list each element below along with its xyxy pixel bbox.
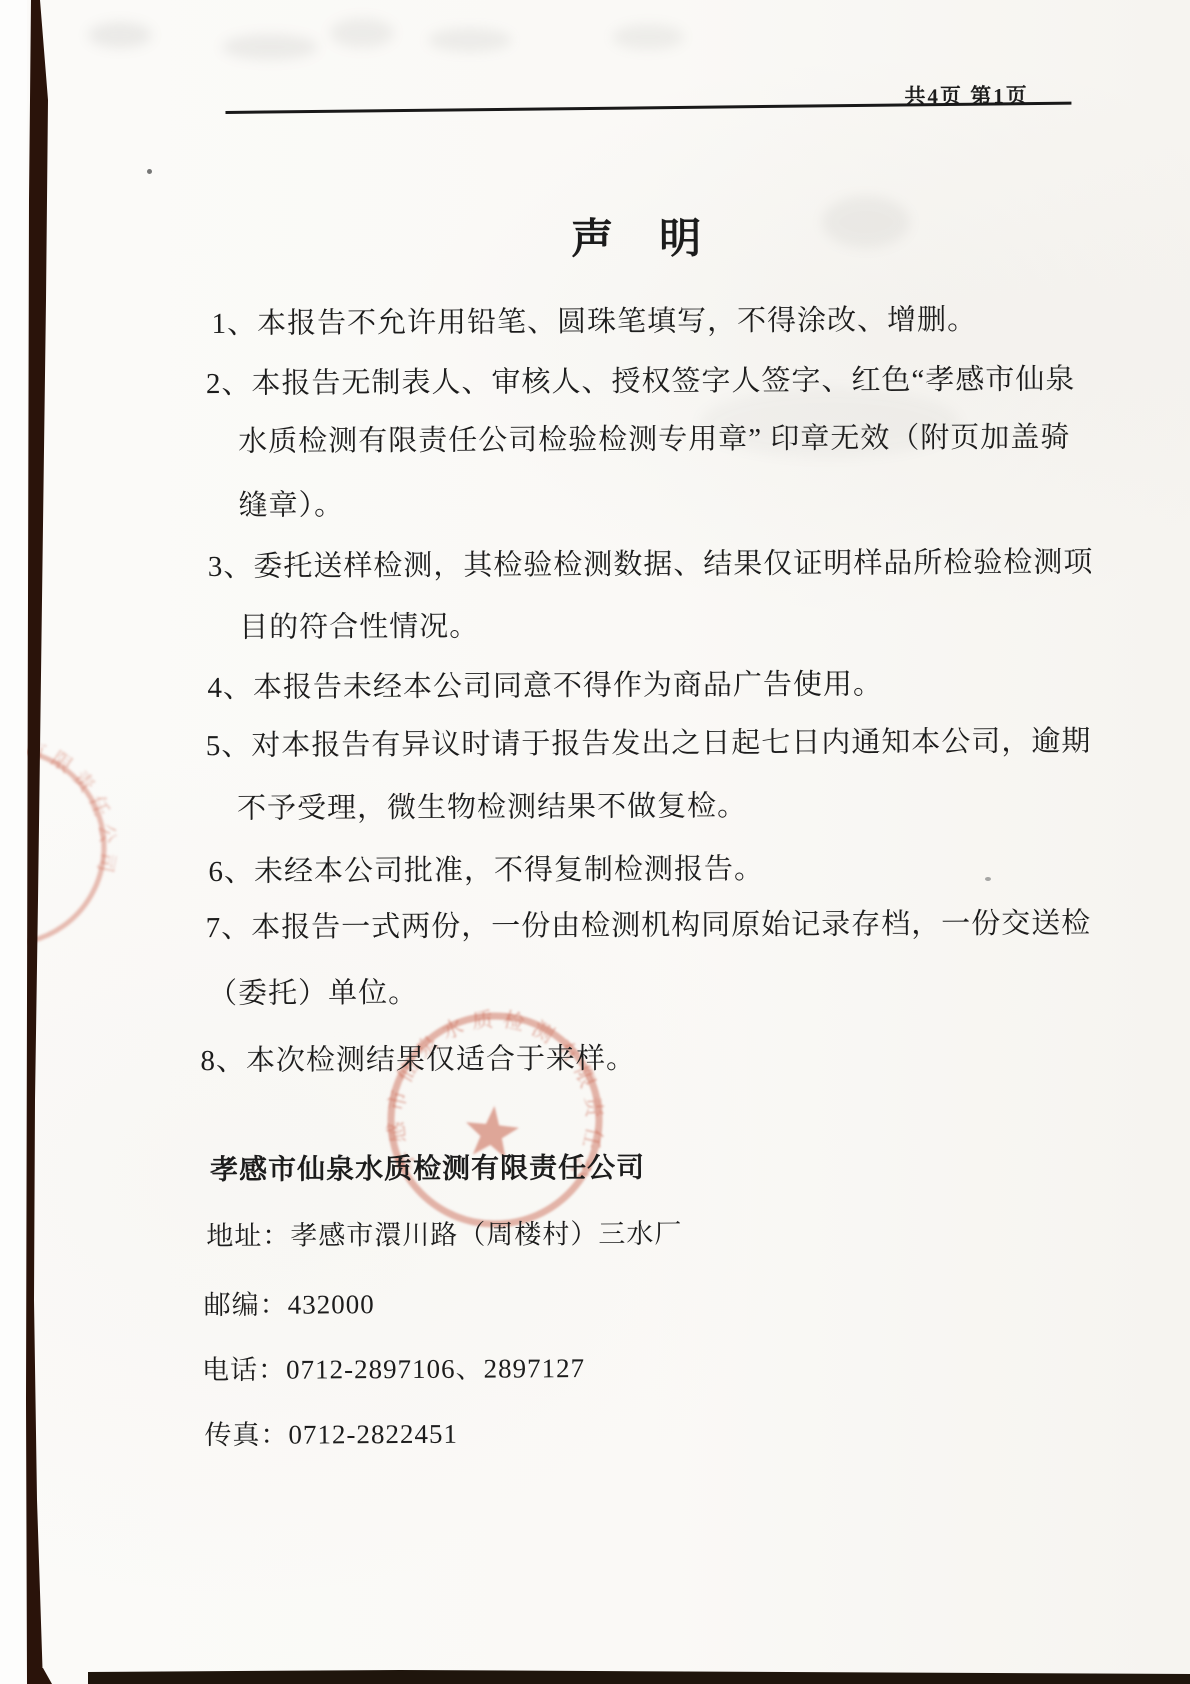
declaration-item-8: 8、本次检测结果仅适合于来样。	[200, 1043, 636, 1079]
declaration-item-5: 5、对本报告有异议时请于报告发出之日起七日内通知本公司，逾期	[206, 725, 1092, 763]
declaration-item-1: 1、本报告不允许用铅笔、圆珠笔填写，不得涂改、增删。	[212, 304, 978, 341]
scanner-background	[0, 0, 27, 1684]
declaration-item-3-cont: 目的符合性情况。	[239, 611, 479, 646]
company-fax: 传真：0712-2822451	[204, 1412, 458, 1452]
declaration-item-6: 6、未经本公司批准，不得复制检测报告。	[208, 853, 764, 889]
declaration-item-2: 2、本报告无制表人、审核人、授权签字人签字、红色“孝感市仙泉	[206, 364, 1076, 402]
declaration-item-2-cont: 缝章）。	[238, 489, 344, 523]
company-postcode: 邮编：432000	[204, 1282, 375, 1322]
declaration-item-2-cont: 水质检测有限责任公司检验检测专用章” 印章无效（附页加盖骑	[238, 422, 1070, 460]
page-title: 声 明	[571, 205, 703, 266]
declaration-item-5-cont: 不予受理，微生物检测结果不做复检。	[237, 790, 747, 826]
document-content: 共4页 第1页 声 明 1、本报告不允许用铅笔、圆珠笔填写，不得涂改、增删。 2…	[0, 0, 1190, 1684]
declaration-item-7-cont: （委托）单位。	[208, 977, 418, 1011]
company-name: 孝感市仙泉水质检测有限责任公司	[210, 1146, 645, 1188]
declaration-item-4: 4、本报告未经本公司同意不得作为商品广告使用。	[207, 669, 883, 706]
declaration-item-3: 3、委托送样检测，其检验检测数据、结果仅证明样品所检验检测项	[208, 546, 1094, 584]
company-phone: 电话：0712-2897106、2897127	[202, 1346, 585, 1387]
declaration-item-7: 7、本报告一式两份，一份由检测机构同原始记录存档，一份交送检	[206, 907, 1092, 945]
company-address: 地址：孝感市澴川路（周楼村）三水厂	[206, 1212, 682, 1253]
scanned-declaration-page: 孝感市仙泉水质检测有限责任公司 孝感市仙泉水质检测有限责任公司 共4页 第1页 …	[0, 0, 1190, 1684]
